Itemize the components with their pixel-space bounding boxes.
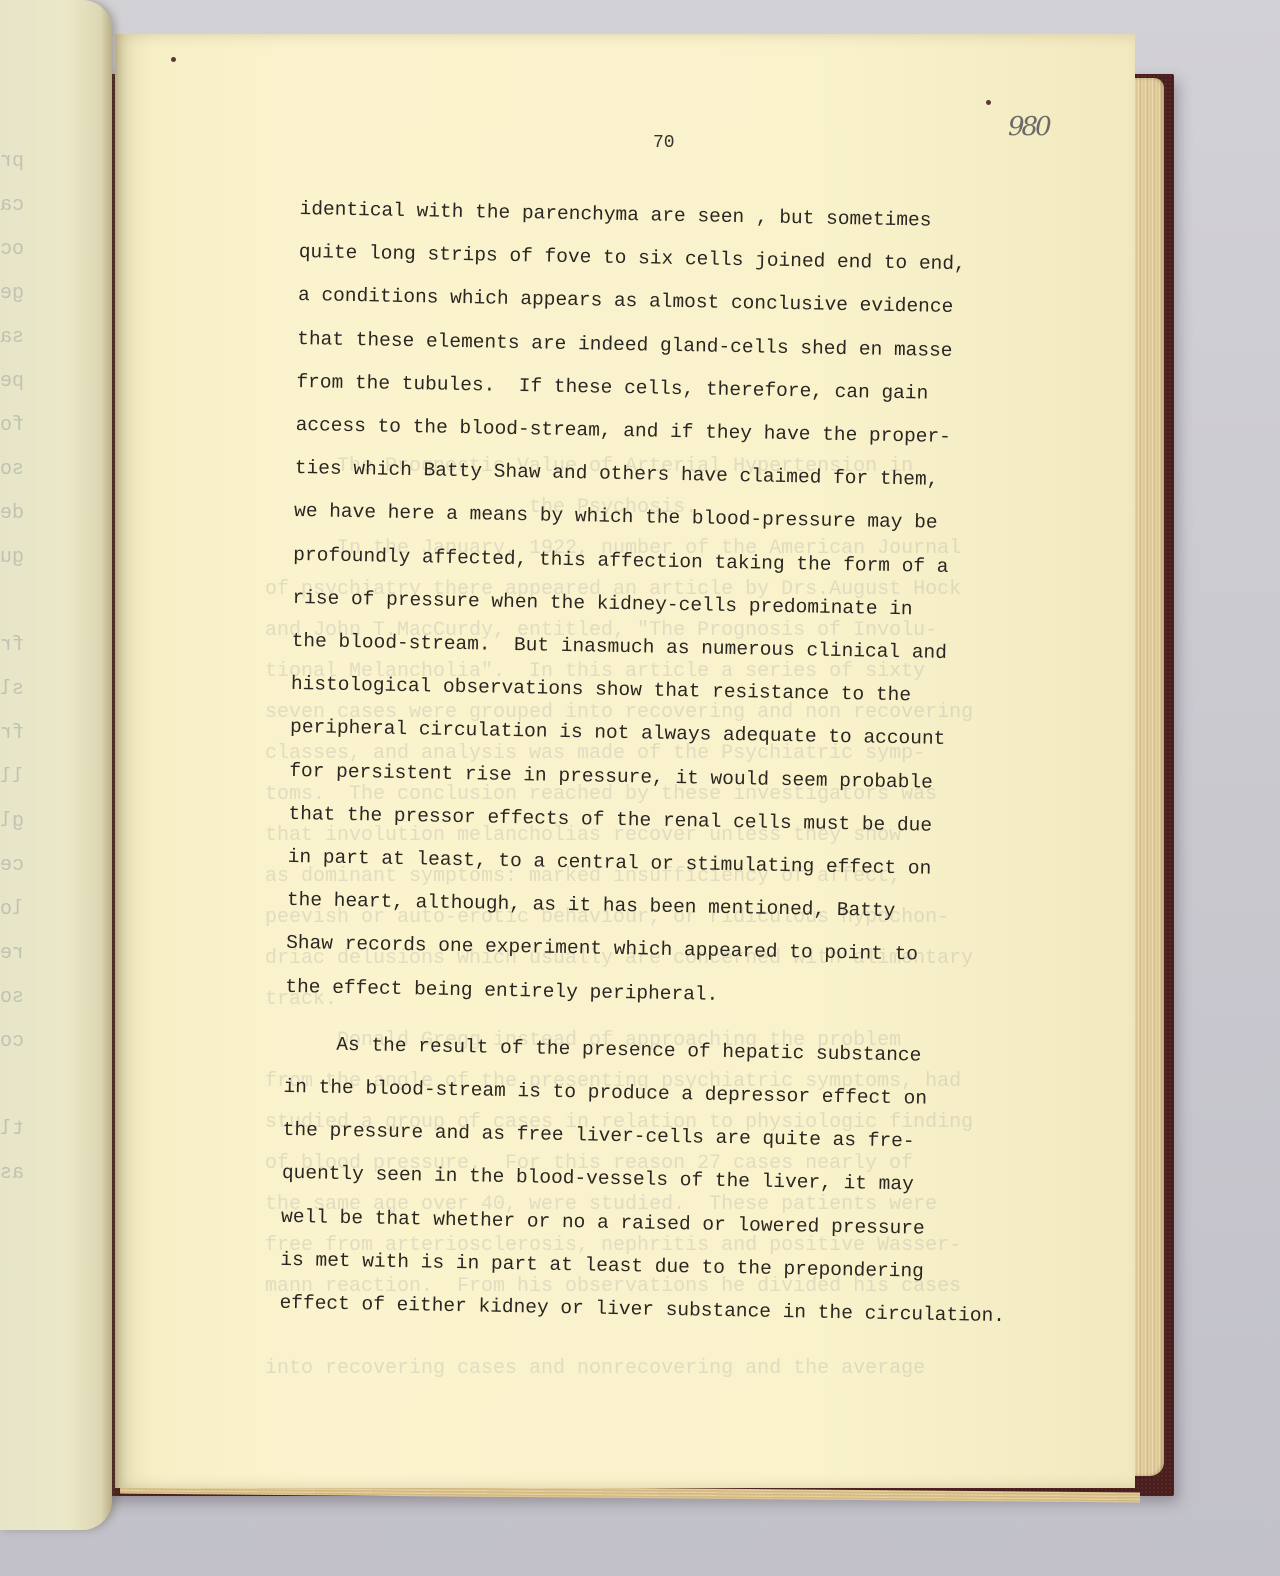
ghost-fragment: lo: [0, 888, 40, 932]
ghost-fragment: fr: [0, 624, 40, 668]
ghost-fragment: gu: [0, 536, 40, 580]
ghost-fragment: fo: [0, 404, 40, 448]
ghost-fragment: as: [0, 1152, 40, 1196]
ghost-fragment: tl: [0, 1108, 40, 1152]
page-number: 70: [653, 133, 675, 153]
ghost-fragment: fr: [0, 712, 40, 756]
ghost-fragment: [0, 580, 40, 624]
ghost-fragment: sa: [0, 316, 40, 360]
typed-body-text: identical with the parenchyma are seen ,…: [279, 188, 1080, 1339]
ghost-fragment: ce: [0, 844, 40, 888]
left-page-ghost-text: prcaocgesapefosodegu frslfrllglceloresoc…: [0, 140, 40, 1196]
ghost-fragment: gl: [0, 800, 40, 844]
ghost-fragment: ge: [0, 272, 40, 316]
ghost-fragment: so: [0, 976, 40, 1020]
ghost-fragment: pe: [0, 360, 40, 404]
ghost-fragment: co: [0, 1020, 40, 1064]
binding-hole-dot: [986, 100, 991, 105]
ghost-fragment: oc: [0, 228, 40, 272]
ghost-fragment: de: [0, 492, 40, 536]
ghost-fragment: [0, 1064, 40, 1108]
ghost-fragment: re: [0, 932, 40, 976]
binding-hole-dot: [171, 57, 176, 62]
paragraph: As the result of the presence of hepatic…: [279, 1023, 1064, 1340]
ghost-fragment: ll: [0, 756, 40, 800]
ghost-fragment: pr: [0, 140, 40, 184]
ghost-fragment: so: [0, 448, 40, 492]
ghost-fragment: ca: [0, 184, 40, 228]
paragraph: identical with the parenchyma are seen ,…: [285, 188, 1080, 1023]
ghost-fragment: sl: [0, 668, 40, 712]
handwritten-annotation: 980: [1008, 112, 1049, 142]
left-facing-page: prcaocgesapefosodegu frslfrllglceloresoc…: [0, 0, 112, 1530]
